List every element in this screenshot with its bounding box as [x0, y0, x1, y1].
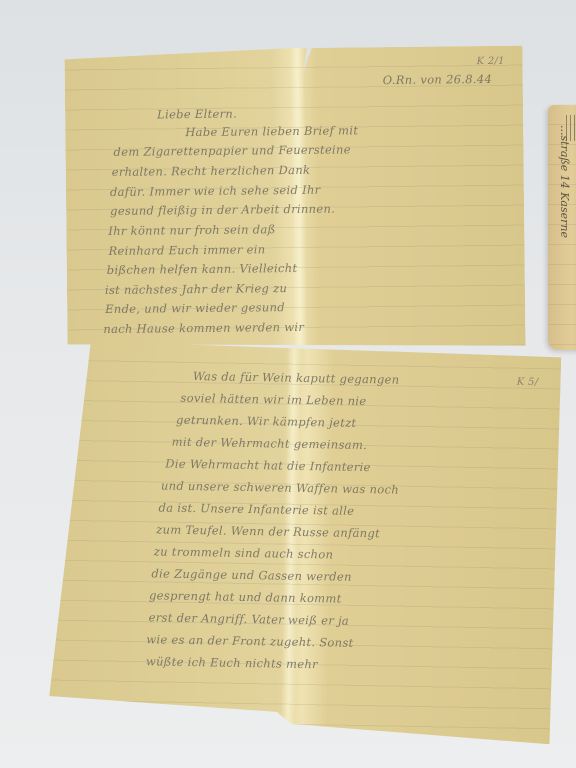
letter-line: wie es an der Front zugeht. Sonst: [146, 632, 353, 650]
letter-line: mit der Wehrmacht gemeinsam.: [172, 435, 368, 452]
archive-mark: K 5/: [517, 377, 539, 388]
letter-line: erhalten. Recht herzlichen Dank: [112, 163, 311, 179]
letter-line: Reinhard Euch immer ein: [108, 242, 265, 258]
letter-line: Ihr könnt nur froh sein daß: [108, 222, 275, 238]
letter-line: bißchen helfen kann. Vielleicht: [107, 261, 298, 277]
letter-line: soviel hätten wir im Leben nie: [180, 391, 366, 408]
letter-line: nach Hause kommen werden wir: [103, 320, 304, 336]
letter-line: zum Teufel. Wenn der Russe anfängt: [156, 522, 380, 540]
letter-line: Ende, und wir wieder gesund: [105, 300, 285, 316]
letter-line: dem Zigarettenpapier und Feuersteine: [113, 142, 350, 158]
letter-line: wüßte ich Euch nichts mehr: [146, 654, 318, 671]
envelope-edge: ...straße 14 Kaserne: [548, 105, 576, 350]
letter-line: die Zugänge und Gassen werden: [151, 566, 352, 583]
fold-crease: [290, 48, 307, 348]
letter-line: dafür. Immer wie ich sehe seid Ihr: [110, 183, 321, 199]
letter-line: getrunken. Wir kämpfen jetzt: [176, 413, 357, 430]
letter-line: ist nächstes Jahr der Krieg zu: [105, 281, 287, 297]
letter-line: gesund fleißig in der Arbeit drinnen.: [110, 202, 335, 218]
letter-top: K 2/1 O.Rn. von 26.8.44 Liebe Eltern. Ha…: [64, 46, 525, 351]
date-line: O.Rn. von 26.8.44: [383, 72, 492, 87]
letter-line: Was da für Wein kaputt gegangen: [193, 369, 400, 387]
letter-line: und unsere schweren Waffen was noch: [161, 478, 399, 496]
letter-line: Die Wehrmacht hat die Infanterie: [165, 457, 371, 475]
letter-line: Habe Euren lieben Brief mit: [185, 123, 358, 139]
envelope-address: ...straße 14 Kaserne: [558, 125, 571, 238]
letter-line: erst der Angriff. Vater weiß er ja: [149, 610, 350, 627]
letter-bottom: K 5/ Was da für Wein kaputt gegangen sov…: [49, 341, 562, 745]
archive-mark: K 2/1: [477, 56, 505, 67]
letter-line: Liebe Eltern.: [157, 107, 237, 122]
letter-line: gesprengt hat und dann kommt: [149, 588, 342, 605]
letter-line: da ist. Unsere Infanterie ist alle: [158, 500, 354, 517]
letter-line: zu trommeln sind auch schon: [154, 544, 334, 561]
